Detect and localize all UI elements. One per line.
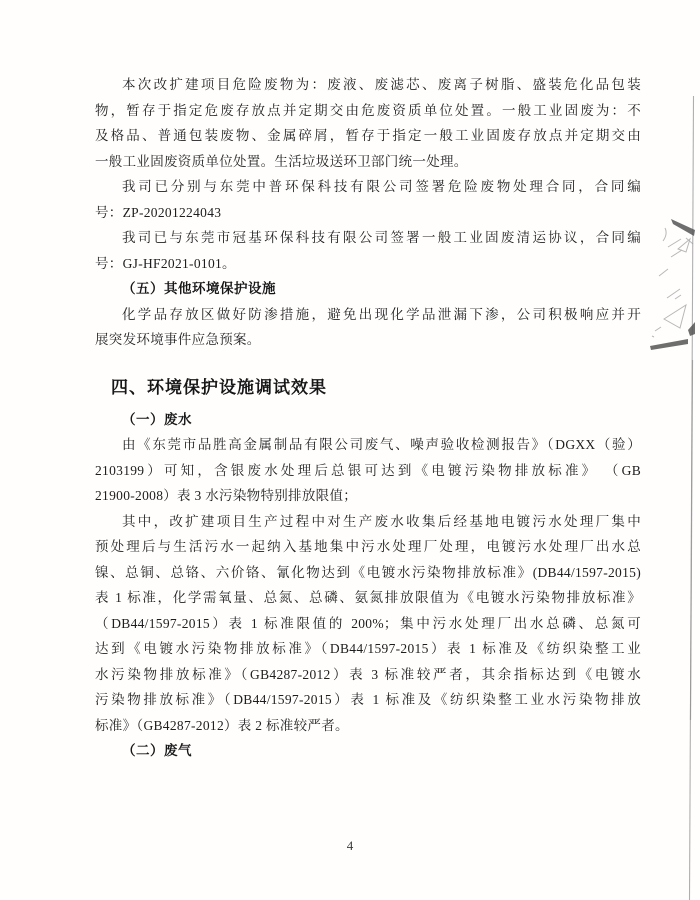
section-heading: 四、环境保护设施调试效果 bbox=[111, 374, 641, 402]
page-edge-line bbox=[690, 96, 694, 900]
text-line: 我司已与东莞市冠基环保科技有限公司签署一般工业固废清运协议，合同编 bbox=[95, 225, 641, 251]
handwriting-smudge bbox=[652, 228, 693, 337]
text-line: 表 1 标准，化学需氧量、总氮、总磷、氨氮排放限值为《电镀水污染物排放标准》 bbox=[95, 585, 641, 611]
text-line: 及格品、普通包装废物、金属碎屑，暂存于指定一般工业固废存放点并定期交由 bbox=[95, 123, 641, 149]
text-line: 号：GJ-HF2021-0101。 bbox=[95, 251, 641, 277]
text-line: 达到《电镀水污染物排放标准》（DB44/1597-2015）表 1 标准及《纺织… bbox=[95, 636, 641, 662]
text-line: （DB44/1597-2015）表 1 标准限值的 200%；集中污水处理厂出水… bbox=[95, 611, 641, 637]
text-line: 化学品存放区做好防渗措施，避免出现化学品泄漏下渗，公司积极响应并开 bbox=[95, 302, 641, 328]
subsection-heading: （五）其他环境保护设施 bbox=[95, 276, 641, 302]
text-line: 本次改扩建项目危险废物为：废液、废滤芯、废离子树脂、盛装危化品包装 bbox=[95, 72, 641, 98]
ink-stroke-marks bbox=[650, 219, 695, 350]
document-body: 本次改扩建项目危险废物为：废液、废滤芯、废离子树脂、盛装危化品包装物，暂存于指定… bbox=[95, 72, 641, 764]
text-line: 预处理后与生活污水一起纳入基地集中污水处理厂处理，电镀污水处理厂出水总 bbox=[95, 534, 641, 560]
page-edge-line-dark bbox=[691, 360, 693, 720]
text-line: 展突发环境事件应急预案。 bbox=[95, 327, 641, 353]
text-line: 镍、总铜、总铬、六价铬、氰化物达到《电镀水污染物排放标准》(DB44/1597-… bbox=[95, 560, 641, 586]
scanned-document-page: 本次改扩建项目危险废物为：废液、废滤芯、废离子树脂、盛装危化品包装物，暂存于指定… bbox=[0, 0, 700, 900]
text-line: 我司已分别与东莞中普环保科技有限公司签署危险废物处理合同，合同编 bbox=[95, 174, 641, 200]
text-line: 其中，改扩建项目生产过程中对生产废水收集后经基地电镀污水处理厂集中 bbox=[95, 509, 641, 535]
text-line: 号：ZP-20201224043 bbox=[95, 200, 641, 226]
text-line: 污染物排放标准》（DB44/1597-2015）表 1 标准及《纺织染整工业水污… bbox=[95, 687, 641, 713]
page-number: 4 bbox=[0, 838, 700, 854]
text-line: 水污染物排放标准》（GB4287-2012）表 3 标准较严者，其余指标达到《电… bbox=[95, 662, 641, 688]
text-line: 标准》（GB4287-2012）表 2 标准较严者。 bbox=[95, 713, 641, 739]
text-line: 2103199）可知，含银废水处理后总银可达到《电镀污染物排放标准》 （GB bbox=[95, 458, 641, 484]
text-line: 物，暂存于指定危废存放点并定期交由危废资质单位处置。一般工业固废为：不 bbox=[95, 98, 641, 124]
text-line: 21900-2008）表 3 水污染物特别排放限值； bbox=[95, 483, 641, 509]
subsection-heading: （二）废气 bbox=[95, 738, 641, 764]
text-line: 一般工业固废资质单位处置。生活垃圾送环卫部门统一处理。 bbox=[95, 149, 641, 175]
subsection-heading: （一）废水 bbox=[95, 407, 641, 433]
text-line: 由《东莞市品胜高金属制品有限公司废气、噪声验收检测报告》（DGXX（验） bbox=[95, 432, 641, 458]
